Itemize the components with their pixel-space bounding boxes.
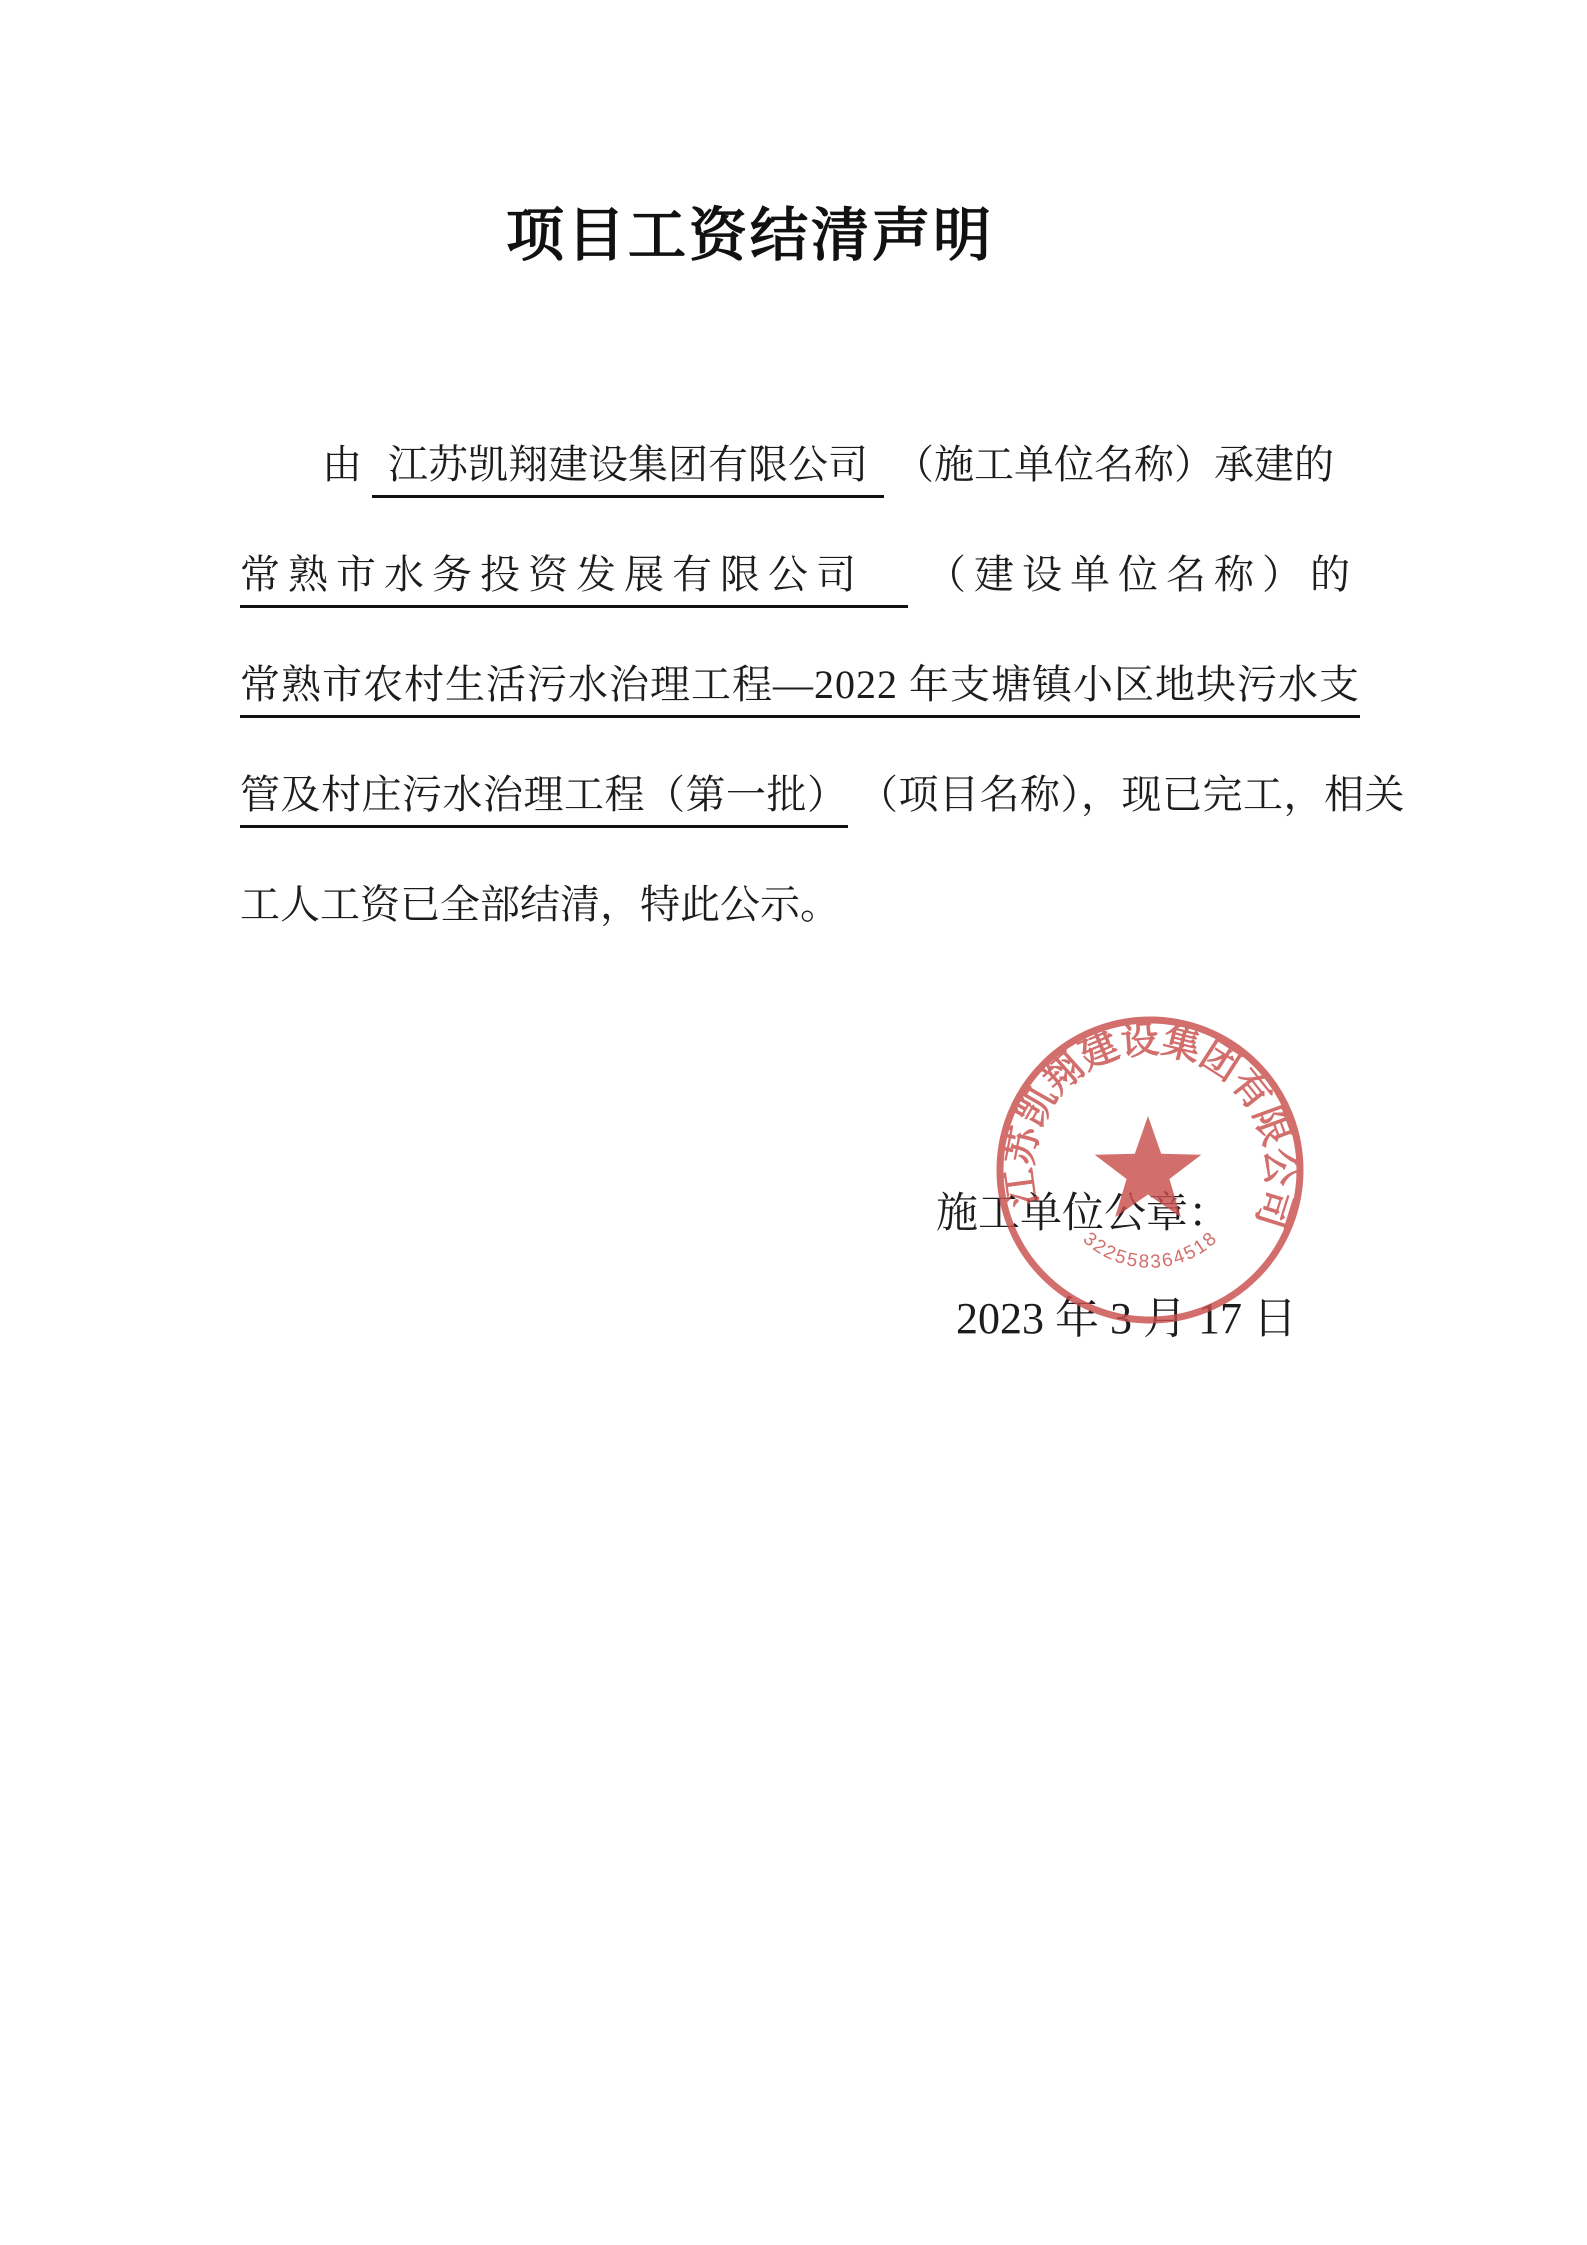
line4-suffix: （项目名称），现已完工，相关 <box>858 772 1405 817</box>
construction-company-blank: 江苏凯翔建设集团有限公司 <box>372 442 884 498</box>
company-seal-stamp: 江苏凯翔建设集团有限公司 3225583645181 <box>0 0 1587 2245</box>
closing-sentence: 工人工资已全部结清，特此公示。 <box>240 882 840 927</box>
line2-suffix: （建设单位名称）的 <box>926 552 1358 597</box>
project-name-line1: 常熟市农村生活污水治理工程—2022 年支塘镇小区地块污水支 <box>240 662 1360 718</box>
seal-ring <box>1000 1020 1300 1320</box>
signature-label: 施工单位公章： <box>936 1180 1230 1240</box>
page-title: 项目工资结清声明 <box>0 188 1500 272</box>
body-line-3: 常熟市农村生活污水治理工程—2022 年支塘镇小区地块污水支 <box>240 658 1360 712</box>
document-page: 项目工资结清声明 由 江苏凯翔建设集团有限公司 （施工单位名称）承建的 常熟市水… <box>0 0 1587 2245</box>
body-line-4: 管及村庄污水治理工程（第一批） （项目名称），现已完工，相关 <box>240 768 1405 822</box>
project-name-line2: 管及村庄污水治理工程（第一批） <box>240 772 848 828</box>
owner-company-blank: 常熟市水务投资发展有限公司 <box>240 552 908 608</box>
body-line-5: 工人工资已全部结清，特此公示。 <box>240 878 840 932</box>
body-line-1: 由 江苏凯翔建设集团有限公司 （施工单位名称）承建的 <box>240 438 1334 492</box>
body-line-2: 常熟市水务投资发展有限公司 （建设单位名称）的 <box>240 548 1358 602</box>
line1-prefix: 由 <box>322 442 362 487</box>
line1-suffix: （施工单位名称）承建的 <box>894 442 1334 487</box>
signature-date: 2023 年 3 月 17 日 <box>956 1282 1297 1346</box>
